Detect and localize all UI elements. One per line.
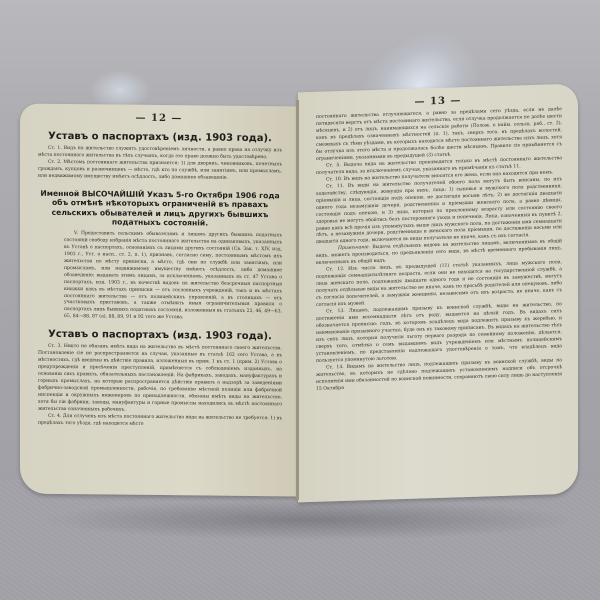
article-paragraph: Ст. 13. Лицамъ, подлежащимъ призыву къ в… — [316, 302, 562, 365]
book-spine — [296, 100, 299, 500]
note-label: Примѣчаніе. — [338, 246, 370, 252]
article-paragraph: Ст. 2. Мѣстомъ постояннаго жительства пр… — [38, 160, 282, 183]
article-paragraph: постояннаго жительства отлучающагося, а … — [316, 107, 562, 164]
book-shadow — [40, 500, 580, 540]
page-number-left: — 12 — — [20, 112, 298, 126]
decree-heading: Именной ВЫСОЧАЙШІЙ Указъ 5-го Октября 19… — [38, 189, 282, 229]
section-heading: Уставъ о паспортахъ (изд. 1903 года). — [38, 329, 282, 343]
section-heading: Уставъ о паспортахъ (изд. 1903 года). — [38, 131, 282, 145]
decree-text: V. Предоставить сельскимъ обывателямъ и … — [64, 231, 282, 324]
article-paragraph: Ст. 4. Для отлучекъ изъ мѣста постояннаг… — [38, 414, 282, 430]
left-page: — 12 — Уставъ о паспортахъ (изд. 1903 го… — [20, 104, 298, 497]
right-page: — 13 — постояннаго жительства отлучающаг… — [298, 84, 578, 503]
article-paragraph: Ст. 3. Никто не обязанъ имѣть вида на жи… — [38, 344, 282, 416]
article-paragraph: Ст. 11. Въ виды на жительство получателе… — [316, 177, 562, 247]
